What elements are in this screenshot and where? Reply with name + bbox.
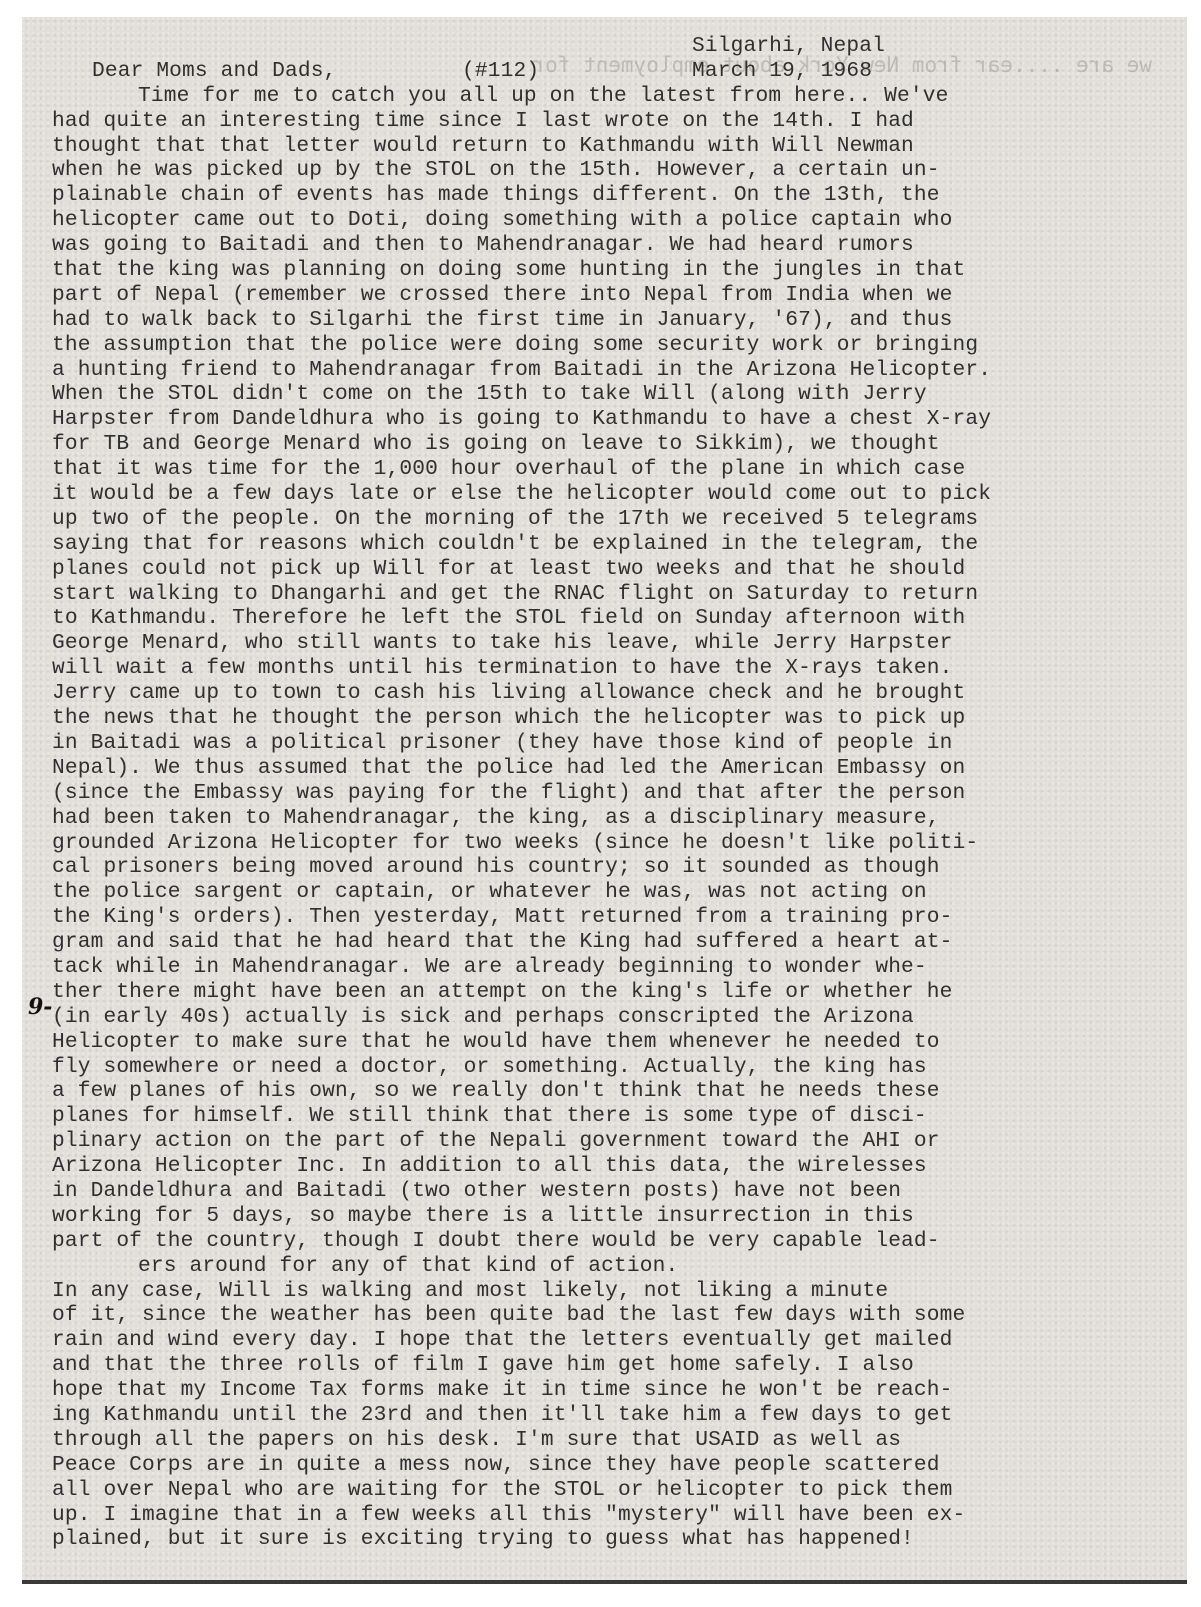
text-line: and that the three rolls of film I gave … <box>52 1353 1162 1378</box>
text-line: through all the papers on his desk. I'm … <box>52 1428 1162 1453</box>
letter-body: Silgarhi, Nepal Dear Moms and Dads, (#11… <box>52 34 1162 1552</box>
text-line: When the STOL didn't come on the 15th to… <box>52 382 1162 407</box>
text-line: In any case, Will is walking and most li… <box>52 1279 1162 1304</box>
text-line: ers around for any of that kind of actio… <box>52 1254 1162 1279</box>
text-line: start walking to Dhangarhi and get the R… <box>52 582 1162 607</box>
text-line: helicopter came out to Doti, doing somet… <box>52 208 1162 233</box>
text-line: Peace Corps are in quite a mess now, sin… <box>52 1453 1162 1478</box>
text-line: up two of the people. On the morning of … <box>52 507 1162 532</box>
text-line: Time for me to catch you all up on the l… <box>52 84 1162 109</box>
text-line: part of the country, though I doubt ther… <box>52 1229 1162 1254</box>
letter-location: Silgarhi, Nepal <box>692 34 885 59</box>
text-line: ther there might have been an attempt on… <box>52 980 1162 1005</box>
text-line: for TB and George Menard who is going on… <box>52 432 1162 457</box>
text-line: plinary action on the part of the Nepali… <box>52 1129 1162 1154</box>
text-line: in Dandeldhura and Baitadi (two other we… <box>52 1179 1162 1204</box>
letter-lines: Time for me to catch you all up on the l… <box>52 84 1162 1553</box>
text-line: Nepal). We thus assumed that the police … <box>52 756 1162 781</box>
letter-number: (#112) <box>462 59 539 84</box>
text-line: grounded Arizona Helicopter for two week… <box>52 831 1162 856</box>
text-line: Jerry came up to town to cash his living… <box>52 681 1162 706</box>
salutation: Dear Moms and Dads, <box>92 59 336 84</box>
text-line: to Kathmandu. Therefore he left the STOL… <box>52 606 1162 631</box>
text-line: part of Nepal (remember we crossed there… <box>52 283 1162 308</box>
text-line: George Menard, who still wants to take h… <box>52 631 1162 656</box>
text-line: will wait a few months until his termina… <box>52 656 1162 681</box>
text-line: Arizona Helicopter Inc. In addition to a… <box>52 1154 1162 1179</box>
text-line: (since the Embassy was paying for the fl… <box>52 781 1162 806</box>
text-line: all over Nepal who are waiting for the S… <box>52 1478 1162 1503</box>
text-line: a hunting friend to Mahendranagar from B… <box>52 358 1162 383</box>
text-line: plainable chain of events has made thing… <box>52 183 1162 208</box>
text-line: planes could not pick up Will for at lea… <box>52 557 1162 582</box>
text-line: hope that my Income Tax forms make it in… <box>52 1378 1162 1403</box>
letter-header-row: Dear Moms and Dads, (#112) March 19, 196… <box>52 59 1162 84</box>
text-line: ing Kathmandu until the 23rd and then it… <box>52 1403 1162 1428</box>
text-line: plained, but it sure is exciting trying … <box>52 1527 1162 1552</box>
letter-header-location-row: Silgarhi, Nepal <box>52 34 1162 59</box>
text-line: the news that he thought the person whic… <box>52 706 1162 731</box>
text-line: working for 5 days, so maybe there is a … <box>52 1204 1162 1229</box>
text-line: cal prisoners being moved around his cou… <box>52 855 1162 880</box>
text-line: the assumption that the police were doin… <box>52 333 1162 358</box>
text-line: it would be a few days late or else the … <box>52 482 1162 507</box>
text-line: Helicopter to make sure that he would ha… <box>52 1030 1162 1055</box>
text-line: had quite an interesting time since I la… <box>52 109 1162 134</box>
text-line: thought that that letter would return to… <box>52 134 1162 159</box>
text-line: saying that for reasons which couldn't b… <box>52 532 1162 557</box>
margin-annotation: 9- <box>28 994 52 1020</box>
text-line: Harpster from Dandeldhura who is going t… <box>52 407 1162 432</box>
text-line: planes for himself. We still think that … <box>52 1104 1162 1129</box>
text-line: fly somewhere or need a doctor, or somet… <box>52 1055 1162 1080</box>
text-line: was going to Baitadi and then to Mahendr… <box>52 233 1162 258</box>
text-line: of it, since the weather has been quite … <box>52 1303 1162 1328</box>
text-line: that it was time for the 1,000 hour over… <box>52 457 1162 482</box>
text-line: that the king was planning on doing some… <box>52 258 1162 283</box>
text-line: the police sargent or captain, or whatev… <box>52 880 1162 905</box>
text-line: tack while in Mahendranagar. We are alre… <box>52 955 1162 980</box>
text-line: when he was picked up by the STOL on the… <box>52 158 1162 183</box>
text-line: the King's orders). Then yesterday, Matt… <box>52 905 1162 930</box>
text-line: gram and said that he had heard that the… <box>52 930 1162 955</box>
text-line: had been taken to Mahendranagar, the kin… <box>52 806 1162 831</box>
text-line: (in early 40s) actually is sick and perh… <box>52 1005 1162 1030</box>
letter-date: March 19, 1968 <box>692 59 872 84</box>
text-line: had to walk back to Silgarhi the first t… <box>52 308 1162 333</box>
text-line: rain and wind every day. I hope that the… <box>52 1328 1162 1353</box>
text-line: in Baitadi was a political prisoner (the… <box>52 731 1162 756</box>
text-line: a few planes of his own, so we really do… <box>52 1079 1162 1104</box>
text-line: up. I imagine that in a few weeks all th… <box>52 1503 1162 1528</box>
